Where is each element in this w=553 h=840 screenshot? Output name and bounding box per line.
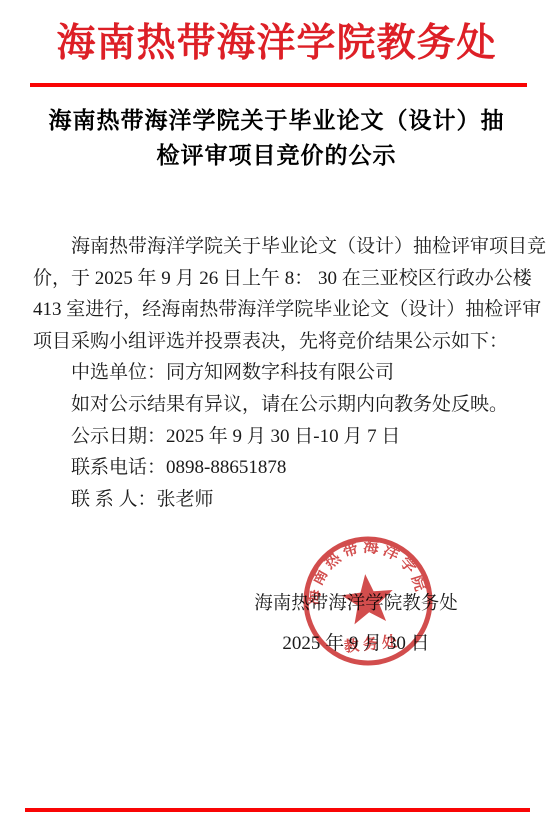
signature-block: 海南热带海洋学院教务处 2025 年 9 月 30 日 <box>246 589 466 655</box>
letterhead-org-title: 海南热带海洋学院教务处 <box>0 12 553 68</box>
signature-org: 海南热带海洋学院教务处 <box>246 589 466 615</box>
body-line-4: 项目采购小组评选并投票表决，先将竞价结果公示如下： <box>33 326 524 358</box>
notice-title-line1: 海南热带海洋学院关于毕业论文（设计）抽 <box>0 103 553 138</box>
body-line-phone: 联系电话：0898-88651878 <box>33 452 524 484</box>
body-line-contact-person: 联 系 人：张老师 <box>33 484 524 516</box>
header-divider <box>30 83 527 87</box>
notice-title-line2: 检评审项目竞价的公示 <box>0 138 553 173</box>
body-line-2: 价，于 2025 年 9 月 26 日上午 8： 30 在三亚校区行政办公楼 <box>33 263 524 295</box>
footer-divider <box>25 808 530 812</box>
body-line-objection: 如对公示结果有异议，请在公示期内向教务处反映。 <box>33 389 524 421</box>
notice-body: 海南热带海洋学院关于毕业论文（设计）抽检评审项目竞 价，于 2025 年 9 月… <box>33 231 524 515</box>
body-line-1: 海南热带海洋学院关于毕业论文（设计）抽检评审项目竞 <box>33 231 524 263</box>
body-line-3: 413 室进行，经海南热带海洋学院毕业论文（设计）抽检评审 <box>33 294 524 326</box>
notice-page: 海南热带海洋学院教务处 海南热带海洋学院关于毕业论文（设计）抽 检评审项目竞价的… <box>0 0 553 840</box>
body-line-winner: 中选单位：同方知网数字科技有限公司 <box>33 357 524 389</box>
body-line-publicity-period: 公示日期：2025 年 9 月 30 日-10 月 7 日 <box>33 421 524 453</box>
signature-date: 2025 年 9 月 30 日 <box>246 628 466 655</box>
notice-title: 海南热带海洋学院关于毕业论文（设计）抽 检评审项目竞价的公示 <box>0 103 553 173</box>
